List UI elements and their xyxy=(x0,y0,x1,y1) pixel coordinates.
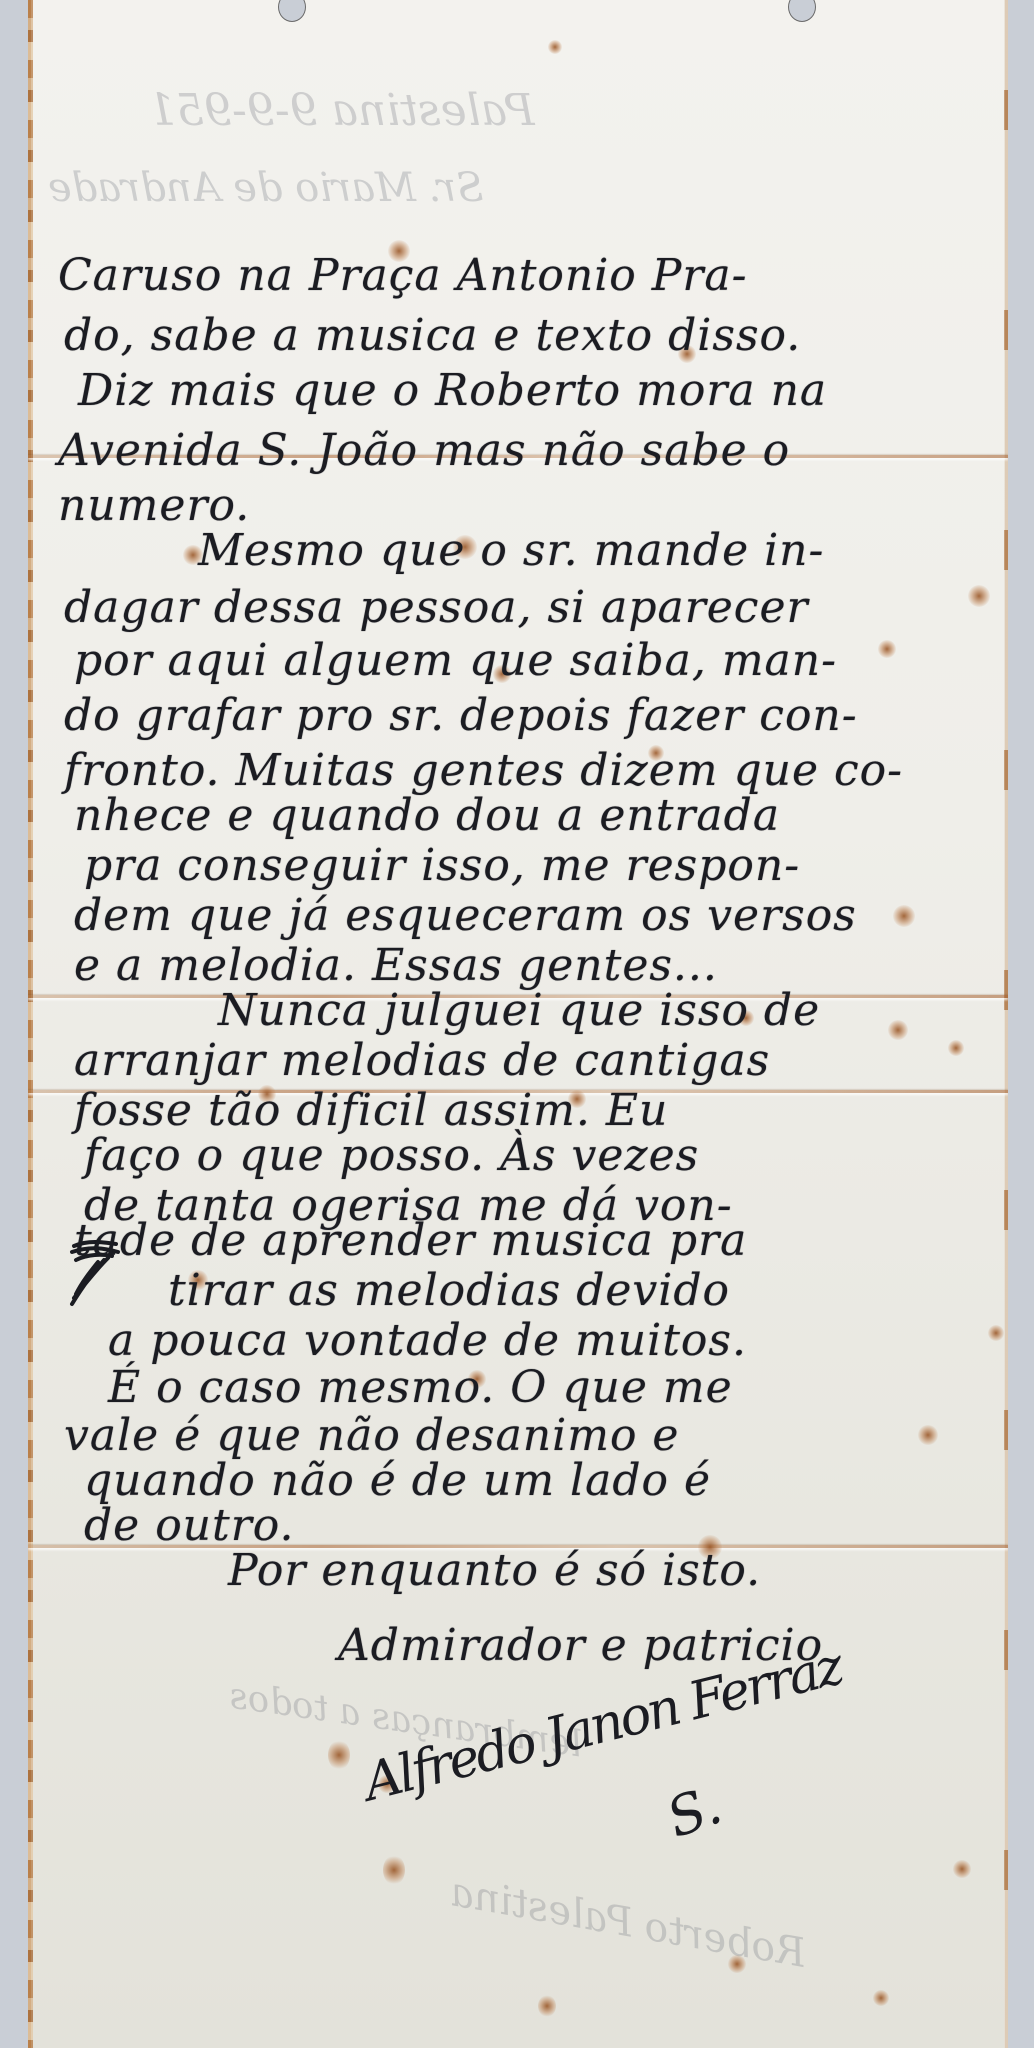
letter-line: numero. xyxy=(58,480,250,531)
letter-line: a pouca vontade de muitos. xyxy=(108,1315,747,1366)
foxing-spot xyxy=(728,1955,746,1973)
letter-line: do grafar pro sr. depois fazer con- xyxy=(64,690,858,741)
letter-line: pra conseguir isso, me respon- xyxy=(84,840,800,891)
letter-line: quando não é de um lado é xyxy=(84,1455,711,1506)
letter-line: faço o que posso. Às vezes xyxy=(84,1130,699,1181)
letter-line: Diz mais que o Roberto mora na xyxy=(78,365,827,416)
foxing-spot xyxy=(878,640,896,658)
letter-line: arranjar melodias de cantigas xyxy=(74,1035,770,1086)
paper-left-edge xyxy=(28,0,33,2048)
letter-line: por aqui alguem que saiba, man- xyxy=(74,635,837,686)
foxing-spot xyxy=(328,1740,350,1770)
letter-line: fosse tão dificil assim. Eu xyxy=(74,1085,668,1136)
punch-hole-left xyxy=(278,0,306,22)
paper-right-edge xyxy=(1004,0,1008,2048)
letter-line: tirar as melodias devido xyxy=(168,1265,730,1316)
foxing-spot xyxy=(383,1855,405,1885)
foxing-spot xyxy=(953,1860,971,1878)
letter-line: dagar dessa pessoa, si aparecer xyxy=(64,582,809,633)
letter-line: nhece e quando dou a entrada xyxy=(74,790,780,841)
foxing-spot xyxy=(988,1325,1004,1341)
bleed-through-text: Sr. Mario de Andrade xyxy=(48,165,484,211)
letter-line: tade de aprender musica pra xyxy=(74,1215,747,1266)
letter-line: de outro. xyxy=(84,1500,294,1551)
letter-closing: Por enquanto é só isto. xyxy=(228,1545,761,1596)
foxing-spot xyxy=(538,1995,556,2017)
foxing-spot xyxy=(888,1020,908,1040)
bleed-through-text: Roberto Palestina xyxy=(447,1869,809,1977)
foxing-spot xyxy=(548,40,562,54)
foxing-spot xyxy=(893,905,915,927)
letter-line: Avenida S. João mas não sabe o xyxy=(58,425,790,476)
letter-line: vale é que não desanimo e xyxy=(64,1410,679,1461)
foxing-spot xyxy=(873,1990,889,2006)
letter-line: dem que já esqueceram os versos xyxy=(74,890,857,941)
punch-hole-right xyxy=(788,0,816,22)
letter-line: e a melodia. Essas gentes... xyxy=(74,940,718,991)
bleed-through-text: Palestina 9-9-951 xyxy=(148,85,535,136)
foxing-spot xyxy=(968,585,990,607)
letter-paper: Palestina 9-9-951 Sr. Mario de Andrade l… xyxy=(28,0,1008,2048)
letter-line: do, sabe a musica e texto disso. xyxy=(64,310,801,361)
letter-line: Caruso na Praça Antonio Pra- xyxy=(58,250,748,301)
foxing-spot xyxy=(918,1425,938,1445)
signature-rubric: S. xyxy=(659,1773,730,1850)
foxing-spot xyxy=(948,1040,964,1056)
letter-line: Mesmo que o sr. mande in- xyxy=(198,525,824,576)
letter-line: É o caso mesmo. O que me xyxy=(108,1362,733,1413)
letter-line: Nunca julguei que isso de xyxy=(218,985,820,1036)
letter-line: fronto. Muitas gentes dizem que co- xyxy=(64,745,903,796)
